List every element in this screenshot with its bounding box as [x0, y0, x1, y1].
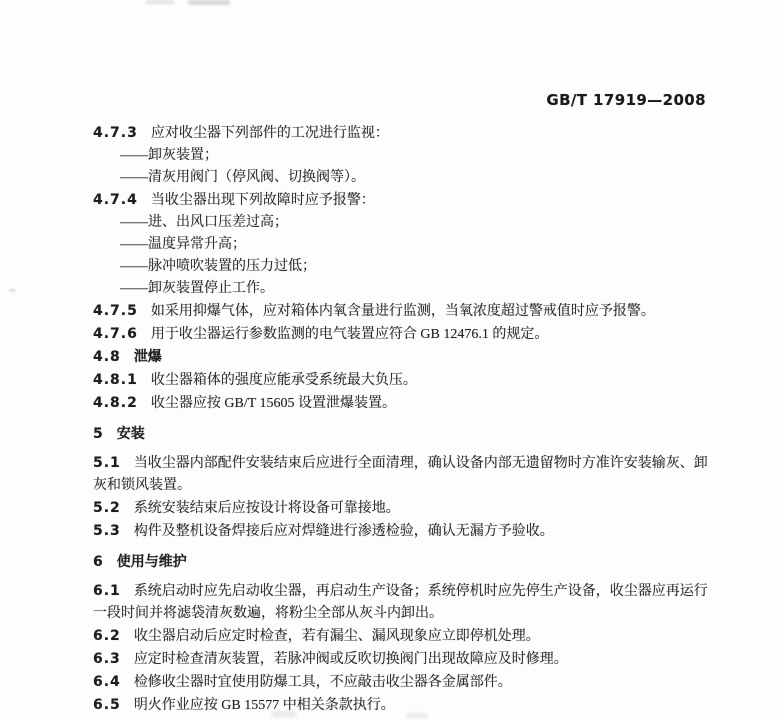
- list-item: ——进、出风口压差过高；: [93, 212, 709, 234]
- list-item: ——脉冲喷吹装置的压力过低；: [93, 256, 709, 278]
- section-number: 5: [93, 426, 104, 442]
- list-item: ——清灰用阀门（停风阀、切换阀等）。: [93, 167, 709, 189]
- scan-artifact: [9, 289, 16, 292]
- clause-6-2: 6.2收尘器启动后应定时检查，若有漏尘、漏风现象应立即停机处理。: [93, 625, 709, 648]
- clause-6-5: 6.5明火作业应按 GB 15577 中相关条款执行。: [93, 694, 709, 717]
- list-item-text: ——进、出风口压差过高；: [120, 215, 288, 230]
- clause-number: 4.7.3: [93, 125, 138, 141]
- scan-artifact: [146, 0, 174, 4]
- clause-text: 当收尘器出现下列故障时应予报警：: [151, 193, 375, 208]
- clause-text: 收尘器应按 GB/T 15605 设置泄爆装置。: [151, 396, 396, 411]
- clause-number: 5.2: [93, 500, 121, 516]
- clause-text: 系统启动时应先启动收尘器，再启动生产设备；系统停机时应先停生产设备，收尘器应再运…: [93, 584, 708, 621]
- clause-6-4: 6.4检修收尘器时宜使用防爆工具，不应敲击收尘器各金属部件。: [93, 671, 709, 694]
- clause-text: 明火作业应按 GB 15577 中相关条款执行。: [134, 698, 395, 713]
- clause-number: 6.2: [93, 628, 121, 644]
- clause-5-1: 5.1当收尘器内部配件安装结束后应进行全面清理，确认设备内部无遗留物时方准许安装…: [93, 452, 709, 497]
- clause-number: 4.8.1: [93, 372, 138, 388]
- clause-number: 4.7.5: [93, 303, 138, 319]
- clause-text: 检修收尘器时宜使用防爆工具，不应敲击收尘器各金属部件。: [134, 675, 512, 690]
- standard-number-header: GB/T 17919—2008: [546, 91, 706, 109]
- document-body: 4.7.3应对收尘器下列部件的工况进行监视： ——卸灰装置； ——清灰用阀门（停…: [93, 122, 709, 717]
- clause-text: 系统安装结束后应按设计将设备可靠接地。: [134, 501, 400, 516]
- scan-artifact: [188, 0, 230, 5]
- clause-text: 应定时检查清灰装置，若脉冲阀或反吹切换阀门出现故障应及时修理。: [134, 652, 568, 667]
- clause-text: 如采用抑爆气体，应对箱体内氧含量进行监测，当氧浓度超过警戒值时应予报警。: [151, 304, 655, 319]
- list-item-text: ——温度异常升高；: [120, 237, 246, 252]
- clause-text: 用于收尘器运行参数监测的电气装置应符合 GB 12476.1 的规定。: [151, 327, 548, 342]
- clause-4-7-6: 4.7.6用于收尘器运行参数监测的电气装置应符合 GB 12476.1 的规定。: [93, 323, 709, 346]
- list-item: ——卸灰装置停止工作。: [93, 278, 709, 300]
- heading-text: 使用与维护: [117, 554, 187, 570]
- clause-number: 4.7.4: [93, 192, 138, 208]
- clause-number: 6.3: [93, 651, 121, 667]
- list-item-text: ——清灰用阀门（停风阀、切换阀等）。: [120, 170, 365, 185]
- clause-5-2: 5.2系统安装结束后应按设计将设备可靠接地。: [93, 497, 709, 520]
- list-item-text: ——脉冲喷吹装置的压力过低；: [120, 259, 316, 274]
- clause-4-8-2: 4.8.2收尘器应按 GB/T 15605 设置泄爆装置。: [93, 392, 709, 415]
- clause-number: 5.3: [93, 523, 121, 539]
- clause-number: 6.1: [93, 583, 121, 599]
- clause-6-3: 6.3应定时检查清灰装置，若脉冲阀或反吹切换阀门出现故障应及时修理。: [93, 648, 709, 671]
- clause-4-7-4: 4.7.4当收尘器出现下列故障时应予报警：: [93, 189, 709, 212]
- section-number: 6: [93, 554, 104, 570]
- clause-text: 收尘器箱体的强度应能承受系统最大负压。: [151, 373, 417, 388]
- clause-number: 4.7.6: [93, 326, 138, 342]
- section-heading-5: 5安装: [93, 423, 709, 446]
- clause-number: 5.1: [93, 455, 121, 471]
- clause-6-1: 6.1系统启动时应先启动收尘器，再启动生产设备；系统停机时应先停生产设备，收尘器…: [93, 580, 709, 625]
- list-item: ——卸灰装置；: [93, 145, 709, 167]
- list-item: ——温度异常升高；: [93, 234, 709, 256]
- scanned-standard-page: GB/T 17919—2008 4.7.3应对收尘器下列部件的工况进行监视： —…: [0, 0, 784, 720]
- clause-number: 4.8.2: [93, 395, 138, 411]
- clause-text: 当收尘器内部配件安装结束后应进行全面清理，确认设备内部无遗留物时方准许安装输灰、…: [93, 456, 708, 493]
- list-item-text: ——卸灰装置；: [120, 148, 218, 163]
- clause-text: 收尘器启动后应定时检查，若有漏尘、漏风现象应立即停机处理。: [134, 629, 540, 644]
- heading-text: 安装: [117, 426, 145, 442]
- clause-5-3: 5.3构件及整机设备焊接后应对焊缝进行渗透检验，确认无漏方予验收。: [93, 520, 709, 543]
- section-heading-6: 6使用与维护: [93, 551, 709, 574]
- clause-text: 应对收尘器下列部件的工况进行监视：: [151, 126, 389, 141]
- clause-number: 4.8: [93, 349, 121, 365]
- clause-number: 6.4: [93, 674, 121, 690]
- clause-4-8-1: 4.8.1收尘器箱体的强度应能承受系统最大负压。: [93, 369, 709, 392]
- clause-4-7-3: 4.7.3应对收尘器下列部件的工况进行监视：: [93, 122, 709, 145]
- list-item-text: ——卸灰装置停止工作。: [120, 281, 274, 296]
- clause-text: 构件及整机设备焊接后应对焊缝进行渗透检验，确认无漏方予验收。: [134, 524, 554, 539]
- clause-4-7-5: 4.7.5如采用抑爆气体，应对箱体内氧含量进行监测，当氧浓度超过警戒值时应予报警…: [93, 300, 709, 323]
- subsection-heading-4-8: 4.8泄爆: [93, 346, 709, 369]
- heading-text: 泄爆: [134, 349, 162, 365]
- clause-number: 6.5: [93, 697, 121, 713]
